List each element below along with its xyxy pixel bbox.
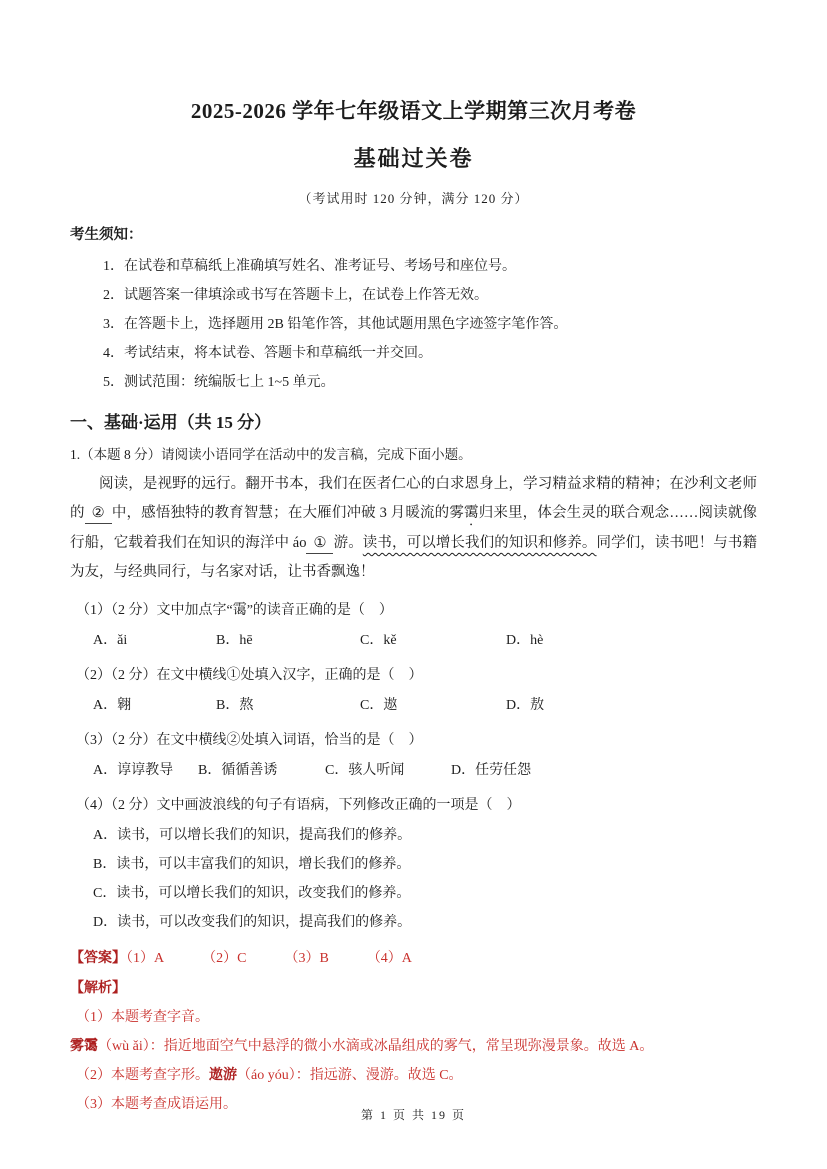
answer-item: （4）A [367, 951, 412, 966]
option-a: A．ǎi [93, 630, 216, 652]
page-content: 2025-2026 学年七年级语文上学期第三次月考卷 基础过关卷 （考试用时 1… [0, 0, 827, 1119]
notice-item: 5．测试范围：统编版七上 1~5 单元。 [70, 368, 757, 397]
option-b: B．读书，可以丰富我们的知识，增长我们的修养。 [70, 850, 757, 879]
option-d: D．hè [506, 630, 543, 652]
analysis-term: 雾霭 [70, 1039, 98, 1054]
exam-paper-page: 2025-2026 学年七年级语文上学期第三次月考卷 基础过关卷 （考试用时 1… [0, 0, 827, 1169]
option-c: C．kě [360, 630, 506, 652]
analysis-item-2: （2）本题考查字形。遨游（áo yóu）：指远游、漫游。故选 C。 [70, 1061, 757, 1090]
sub-question-4-options: A．读书，可以增长我们的知识，提高我们的修养。 B．读书，可以丰富我们的知识，增… [70, 821, 757, 937]
option-d: D．敖 [506, 695, 544, 717]
sub-question-1-options: A．ǎi B．hē C．kě D．hè [70, 630, 757, 652]
option-d: D．任劳任怨 [451, 760, 531, 782]
option-a: A．翱 [93, 695, 216, 717]
passage-blank-1: ① [306, 533, 333, 554]
notice-item: 3．在答题卡上，选择题用 2B 铅笔作答，其他试题用黑色字迹签字笔作答。 [70, 310, 757, 339]
question-1-stem: 1.（本题 8 分）请阅读小语同学在活动中的发言稿，完成下面小题。 [70, 445, 757, 465]
option-d: D．读书，可以改变我们的知识，提高我们的修养。 [70, 908, 757, 937]
sub-question-4-stem: （4）（2 分）文中画波浪线的句子有语病，下列修改正确的一项是（ ） [70, 794, 757, 817]
passage-text: 中，感悟独特的教育智慧；在大雁们冲破 3 月暖流的雾 [112, 505, 464, 521]
answer-marker: 【答案】 [70, 951, 126, 966]
dotted-character: 霭 [464, 505, 479, 521]
section-heading: 一、基础·运用（共 15 分） [70, 410, 757, 436]
answer-line: 【答案】（1）A（2）C（3）B（4）A [70, 948, 757, 970]
answer-item: （3）B [284, 951, 328, 966]
passage-blank-2: ② [85, 503, 112, 524]
wavy-underlined-sentence: 读书，可以增长我们的知识和修养。 [363, 535, 597, 551]
analysis-marker: 【解析】 [70, 981, 126, 996]
option-c: C．骇人听闻 [325, 760, 451, 782]
analysis-term: 遨游 [209, 1068, 237, 1083]
question-1-passage: 阅读，是视野的远行。翻开书本，我们在医者仁心的白求恩身上，学习精益求精的精神；在… [70, 470, 757, 587]
notice-item: 2．试题答案一律填涂或书写在答题卡上，在试卷上作答无效。 [70, 281, 757, 310]
answer-item: （1）A [126, 951, 164, 966]
page-footer: 第 1 页 共 19 页 [0, 1106, 827, 1123]
notice-item: 1．在试卷和草稿纸上准确填写姓名、准考证号、考场号和座位号。 [70, 252, 757, 281]
sub-question-2-options: A．翱 B．熬 C．遨 D．敖 [70, 695, 757, 717]
page-title: 2025-2026 学年七年级语文上学期第三次月考卷 [70, 96, 757, 126]
sub-question-2-stem: （2）（2 分）在文中横线①处填入汉字，正确的是（ ） [70, 664, 757, 687]
notice-item: 4．考试结束，将本试卷、答题卡和草稿纸一并交回。 [70, 339, 757, 368]
page-subtitle: 基础过关卷 [70, 144, 757, 174]
analysis-item-1: （1）本题考查字音。 [70, 1003, 757, 1032]
passage-text: 游。 [333, 535, 362, 551]
analysis-marker-line: 【解析】 [70, 974, 757, 1003]
sub-question-1-stem: （1）（2 分）文中加点字“霭”的读音正确的是（ ） [70, 599, 757, 622]
notice-heading: 考生须知： [70, 225, 757, 245]
analysis-text: （2）本题考查字形。 [76, 1068, 209, 1083]
analysis-text: （áo yóu）：指远游、漫游。故选 C。 [237, 1068, 463, 1083]
notice-list: 1．在试卷和草稿纸上准确填写姓名、准考证号、考场号和座位号。 2．试题答案一律填… [70, 252, 757, 397]
option-b: B．hē [216, 630, 360, 652]
option-c: C．读书，可以增长我们的知识，改变我们的修养。 [70, 879, 757, 908]
analysis-text: （wù ǎi）：指近地面空气中悬浮的微小水滴或冰晶组成的雾气，常呈现弥漫景象。故… [98, 1039, 653, 1054]
option-a: A．谆谆教导 [93, 760, 198, 782]
sub-question-3-options: A．谆谆教导 B．循循善诱 C．骇人听闻 D．任劳任怨 [70, 760, 757, 782]
option-b: B．循循善诱 [198, 760, 325, 782]
analysis-block: 【解析】 （1）本题考查字音。 雾霭（wù ǎi）：指近地面空气中悬浮的微小水滴… [70, 974, 757, 1119]
answer-item: （2）C [202, 951, 246, 966]
exam-info: （考试用时 120 分钟，满分 120 分） [70, 190, 757, 208]
analysis-term-1-line: 雾霭（wù ǎi）：指近地面空气中悬浮的微小水滴或冰晶组成的雾气，常呈现弥漫景象… [70, 1032, 757, 1061]
sub-question-3-stem: （3）（2 分）在文中横线②处填入词语，恰当的是（ ） [70, 729, 757, 752]
option-a: A．读书，可以增长我们的知识，提高我们的修养。 [70, 821, 757, 850]
option-c: C．遨 [360, 695, 506, 717]
option-b: B．熬 [216, 695, 360, 717]
